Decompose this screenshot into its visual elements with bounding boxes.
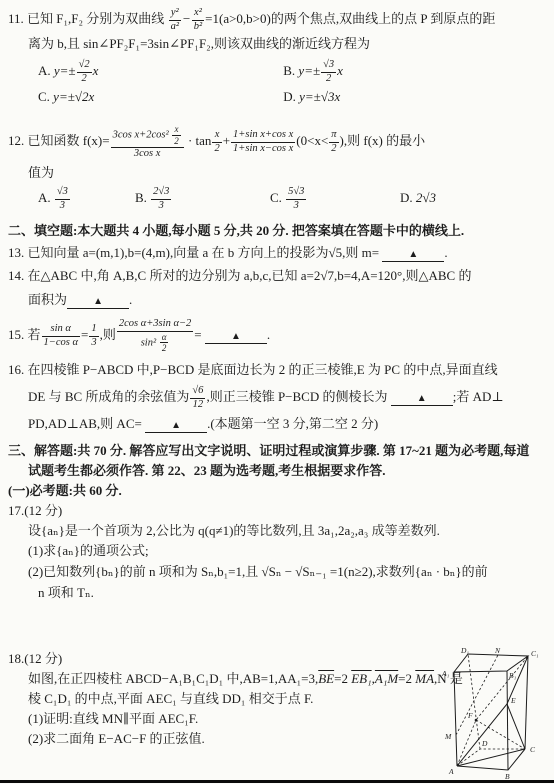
q15-fraction-b: 13 [89,323,98,349]
q16-text2b: ,则正三棱锥 P−BCD 的侧棱长为 [206,389,387,404]
point-f-dot [475,719,478,722]
q17-header: 17.(12 分) [0,501,554,521]
q18-text2: =2 [334,671,351,686]
section3-header-line1: 三、解答题:共 70 分. 解答应写出文字说明、证明过程或演算步骤. 第 17~… [0,441,554,461]
label-a1: A₁ [441,669,450,678]
q12-option-b-fraction: 2√33 [151,186,171,212]
q11-option-a-pre: y=± [54,63,76,78]
q18-vector-ma: MA [415,671,434,686]
q15-answer-blank: ▲ [205,331,267,344]
label-b1: B₁ [509,671,517,680]
q18-text1: 如图,在正四棱柱 ABCD−A₁B₁C₁D₁ 中,AB=1,AA₁=3, [28,671,318,686]
q12-nested-fraction: x2 [172,124,181,147]
section2-header: 二、填空题:本大题共 4 小题,每小题 5 分,共 20 分. 把答案填在答题卡… [0,221,554,241]
prism-diagram: D₁ N C₁ A₁ B₁ E F M D C A B [438,645,550,779]
question-11: 11. 已知 F₁,F₂ 分别为双曲线 y²a²−x²b²=1(a>0,b>0)… [0,4,554,109]
q14-line2: 面积为▲. [0,287,554,313]
q14-number: 14. [8,268,24,283]
q16-text2c: ;若 AD⊥ [453,389,504,404]
q12-number: 12. [8,133,24,148]
question-16: 16. 在四棱锥 P−ABCD 中,P−BCD 是底面边长为 2 的正三棱锥,E… [0,359,554,435]
q13-answer-blank: ▲ [382,249,444,262]
q11-option-b: B. y=±√32x [283,58,343,85]
q11-options-row2: C. y=±√2x D. y=±√3x [0,85,554,109]
q16-line3: PD,AD⊥AB,则 AC= ▲.(本题第一空 3 分,第二空 2 分) [0,413,554,435]
q12-text5: ),则 f(x) 的最小 [340,133,426,148]
label-a: A [448,767,454,776]
q11-option-a: A. y=±√22x [8,58,280,85]
q12-text1: 已知函数 f(x)= [28,133,110,148]
q14-text2: 面积为 [28,292,67,307]
q11-option-b-pre: y=± [298,63,320,78]
label-e: E [510,696,516,705]
question-12: 12. 已知函数 f(x)=3cos x+2cos² x23cos x · ta… [0,119,554,213]
q11-option-d-label: D. [283,89,296,104]
exam-page: 11. 已知 F₁,F₂ 分别为双曲线 y²a²−x²b²=1(a>0,b>0)… [0,0,554,784]
q16-text2a: DE 与 BC 所成角的余弦值为 [28,389,189,404]
q11-minus: − [182,11,191,26]
q11-options-row1: A. y=±√22x B. y=±√32x [0,58,554,85]
q12-option-b: B. 2√33 [135,183,270,213]
q16-line1: 16. 在四棱锥 P−ABCD 中,P−BCD 是底面边长为 2 的正三棱锥,E… [0,359,554,381]
label-b: B [505,772,510,779]
q12-fraction-pi2: π2 [329,129,338,155]
q17-part2: (2)已知数列{bₙ}的前 n 项和为 Sₙ,b₁=1,且 √Sₙ − √Sₙ₋… [0,561,554,583]
q11-option-a-label: A. [38,63,51,78]
q18-vector-be: BE [318,671,334,686]
q11-fraction-y2a2: y²a² [169,7,181,33]
q11-fraction-x2b2: x²b² [192,7,204,33]
q14-answer-blank: ▲ [67,296,129,309]
q14-text3: . [129,292,132,307]
q11-option-d-text: y=±√3x [299,89,340,104]
q13-number: 13. [8,245,24,260]
section3-header-line2: 试题考生都必须作答. 第 22、23 题为选考题,考生根据要求作答. [0,461,554,481]
q11-option-b-post: x [337,63,343,78]
page-bottom-edge [0,780,554,783]
q11-option-a-post: x [93,63,99,78]
q15-eq1: = [81,327,88,342]
q11-number: 11. [8,11,24,26]
q15-number: 15. [8,327,24,342]
label-m: M [444,732,452,741]
q17-part1: (1)求{aₙ}的通项公式; [0,541,554,561]
label-n: N [494,646,501,655]
q12-option-d: D. 2√3 [400,183,436,213]
q12-line1: 12. 已知函数 f(x)=3cos x+2cos² x23cos x · ta… [0,119,554,163]
q18-text4: =2 [398,671,415,686]
q12-option-a-fraction: √33 [55,186,70,212]
q15-text3: . [267,327,270,342]
q13-text2: . [444,245,447,260]
q12-text4: (0<x< [296,133,328,148]
q11-option-a-fraction: √22 [77,59,92,85]
q16-text3b: .(本题第一空 3 分,第二空 2 分) [207,416,378,431]
q16-line2: DE 与 BC 所成角的余弦值为√612,则正三棱锥 P−BCD 的侧棱长为 ▲… [0,381,554,413]
q16-text3a: PD,AD⊥AB,则 AC= [28,416,142,431]
q11-line2: 离为 b,且 sin∠PF₂F₁=3sin∠PF₁F₂,则该双曲线的渐近线方程为 [0,34,554,54]
label-c1: C₁ [531,649,539,658]
question-15: 15. 若sin α1−cos α=13,则2cos α+3sin α−2sin… [0,315,554,355]
q15-text1: 若 [28,327,41,342]
q11-option-c-label: C. [38,89,50,104]
q12-line2: 值为 [0,163,554,183]
q12-text2: · tan [185,133,212,148]
q14-line1: 14. 在△ABC 中,角 A,B,C 所对的边分别为 a,b,c,已知 a=2… [0,265,554,287]
q14-text1: 在△ABC 中,角 A,B,C 所对的边分别为 a,b,c,已知 a=2√7,b… [28,268,472,283]
q12-options-row: A. √33B. 2√33C. 5√33D. 2√3 [0,183,554,213]
q12-fraction-x2: x2 [212,129,221,155]
q18-vector-eb1: EB₁ [351,671,371,686]
label-c: C [530,745,536,754]
q12-option-c: C. 5√33 [270,183,400,213]
question-13: 13. 已知向量 a=(m,1),b=(4,m),向量 a 在 b 方向上的投影… [0,241,554,265]
q12-fraction-sincos: 1+sin x+cos x1+sin x−cos x [231,129,295,155]
q11-text2: =1(a>0,b>0)的两个焦点,双曲线上的点 P 到原点的距 [205,11,495,26]
label-d: D [481,739,488,748]
q15-eq2: = [194,327,201,342]
q16-answer-blank1: ▲ [391,393,453,406]
q16-fraction: √612 [190,385,205,411]
q11-text1: 已知 F₁,F₂ 分别为双曲线 [27,11,164,26]
q12-text3: + [223,133,230,148]
q16-answer-blank2: ▲ [145,420,207,433]
q12-big-fraction: 3cos x+2cos² x23cos x [111,124,184,160]
q11-option-c: C. y=±√2x [8,85,280,109]
q15-den-prefix: sin² [141,337,156,348]
question-14: 14. 在△ABC 中,角 A,B,C 所对的边分别为 a,b,c,已知 a=2… [0,265,554,313]
q12-option-a: A. √33 [8,183,135,213]
prism-figure: D₁ N C₁ A₁ B₁ E F M D C A B [438,645,550,779]
q18-vector-a1m: A₁M [375,671,398,686]
question-17: 17.(12 分) 设{aₙ}是一个首项为 2,公比为 q(q≠1)的等比数列,… [0,501,554,603]
section3-subheader: (一)必考题:共 60 分. [0,481,554,501]
q11-option-d: D. y=±√3x [283,85,340,109]
q11-option-c-text: y=±√2x [53,89,94,104]
q17-line1: 设{aₙ}是一个首项为 2,公比为 q(q≠1)的等比数列,且 3a₁,2a₂,… [0,521,554,541]
q15-fraction-c: 2cos α+3sin α−2sin² α2 [117,318,193,354]
q12-big-num-text: 3cos x+2cos² [113,130,169,141]
q11-option-b-label: B. [283,63,295,78]
q15-nested-fraction: α2 [160,332,169,355]
q16-text1: 在四棱锥 P−ABCD 中,P−BCD 是底面边长为 2 的正三棱锥,E 为 P… [28,362,498,377]
q12-big-den: 3cos x [111,148,184,161]
q17-part2-cont: n 项和 Tₙ. [0,583,554,603]
q15-fraction-a: sin α1−cos α [42,323,80,349]
q13-text1: 已知向量 a=(m,1),b=(4,m),向量 a 在 b 方向上的投影为√5,… [28,245,380,260]
q11-option-b-fraction: √32 [321,59,336,85]
label-d1: D₁ [460,646,469,655]
label-f: F [467,711,473,720]
q15-text2: ,则 [100,327,116,342]
q11-line1: 11. 已知 F₁,F₂ 分别为双曲线 y²a²−x²b²=1(a>0,b>0)… [0,4,554,34]
q12-option-c-fraction: 5√33 [286,186,306,212]
q16-number: 16. [8,362,24,377]
